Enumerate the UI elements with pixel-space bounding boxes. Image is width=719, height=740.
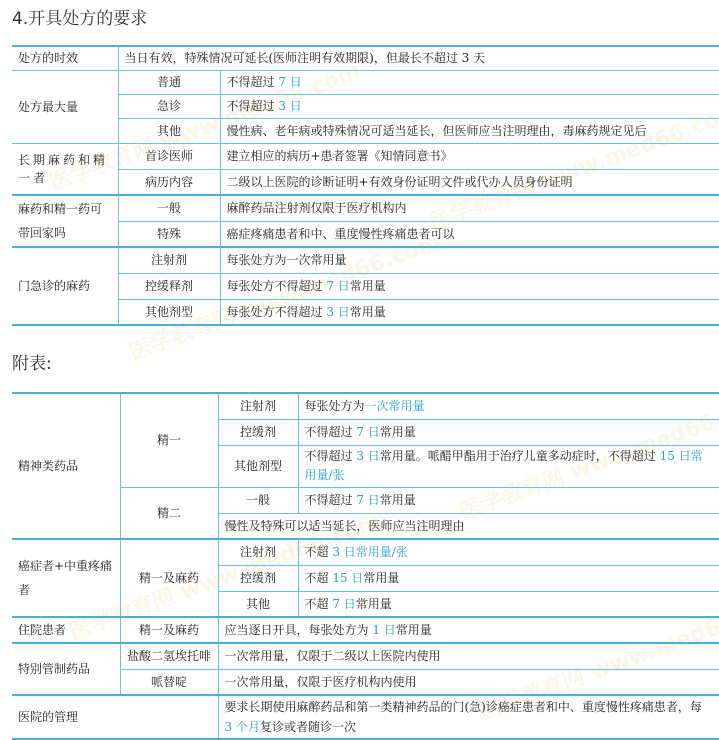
row-label: 麻药和精一药可带回家吗 [12,195,118,247]
cell-text: 不超 3 日常用量/张 [298,539,719,565]
cell-text: 建立相应的病历+患者签署《知情同意书》 [220,143,719,169]
cell-text: 每张处方不得超过 7 日常用量 [220,273,719,299]
cell-text: 慢性病、老年病或特殊情况可适当延长，但医师应当注明理由，毒麻药规定见后 [220,118,719,143]
table-row: 处方最大量 普通 不得超过 7 日 [12,70,719,94]
row-label: 医院的管理 [12,695,218,739]
sub-label: 普通 [118,70,220,94]
form-label: 控缓剂 [218,565,298,591]
form-label: 一般 [218,487,298,513]
table-row: 急诊 不得超过 3 日 [12,94,719,118]
table-row: 门急诊的麻药 注射剂 每张处方为一次常用量 [12,247,719,273]
sub-label: 病历内容 [118,169,220,195]
cell-text: 一次常用量，仅限于医疗机构内使用 [218,669,719,695]
appendix-table: 精神类药品 精一 注射剂 每张处方为一次常用量 控缓剂 不得超过 7 日常用量 … [12,392,719,740]
table-row: 控缓释剂 每张处方不得超过 7 日常用量 [12,273,719,299]
table-row: 病历内容 二级以上医院的诊断证明+有效身份证明文件或代办人员身份证明 [12,169,719,195]
cell-text: 不得超过 7 日 [220,70,719,94]
form-label: 其他剂型 [218,445,298,487]
cell-text: 不得超过 3 日 [220,94,719,118]
row-label: 住院患者 [12,617,120,643]
cell-text: 要求长期使用麻醉药品和第一类精神药品的门(急)诊癌症患者和中、重度慢性疼痛患者，… [218,695,719,739]
sub-label: 注射剂 [118,247,220,273]
table-row: 长期麻药和精一者 首诊医师 建立相应的病历+患者签署《知情同意书》 [12,143,719,169]
sub-label: 精一及麻药 [120,617,218,643]
cell-text: 当日有效，特殊情况可延长(医师注明有效期限)，但最长不超过 3 天 [118,46,719,70]
form-label: 注射剂 [218,393,298,419]
table-row: 其他 慢性病、老年病或特殊情况可适当延长，但医师应当注明理由，毒麻药规定见后 [12,118,719,143]
cell-text: 不得超过 7 日常用量 [298,487,719,513]
sub-label: 精二 [120,487,218,539]
form-label: 控缓剂 [218,419,298,445]
section-title: 4.开具处方的要求 [12,4,147,29]
prescription-requirements-table: 处方的时效 当日有效，特殊情况可延长(医师注明有效期限)，但最长不超过 3 天 … [12,45,719,326]
cell-text: 慢性及特殊可以适当延长，医师应当注明理由 [218,513,719,539]
sub-label: 哌替啶 [120,669,218,695]
cell-text: 二级以上医院的诊断证明+有效身份证明文件或代办人员身份证明 [220,169,719,195]
cell-text: 应当逐日开具，每张处方为 1 日常用量 [218,617,719,643]
row-label: 精神类药品 [12,393,120,539]
row-label: 癌症者+中重疼痛者 [12,539,120,617]
cell-text: 不得超过 7 日常用量 [298,419,719,445]
sub-label: 一般 [118,195,220,221]
sub-label: 盐酸二氢埃托啡 [120,643,218,669]
table-row: 癌症者+中重疼痛者 精一及麻药 注射剂 不超 3 日常用量/张 [12,539,719,565]
table-row: 麻药和精一药可带回家吗 一般 麻醉药品注射剂仅限于医疗机构内 [12,195,719,221]
table-row: 医院的管理 要求长期使用麻醉药品和第一类精神药品的门(急)诊癌症患者和中、重度慢… [12,695,719,739]
cell-text: 癌症疼痛患者和中、重度慢性疼痛患者可以 [220,221,719,247]
sub-label: 其他 [118,118,220,143]
row-label: 长期麻药和精一者 [12,143,118,195]
sub-label: 急诊 [118,94,220,118]
table-row: 精神类药品 精一 注射剂 每张处方为一次常用量 [12,393,719,419]
cell-text: 一次常用量，仅限于二级以上医院内使用 [218,643,719,669]
appendix-title: 附表: [12,349,52,374]
cell-text: 不超 7 日常用量 [298,591,719,617]
table-row: 其他剂型 每张处方不得超过 3 日常用量 [12,299,719,325]
sub-label: 精一 [120,393,218,487]
table-row: 住院患者 精一及麻药 应当逐日开具，每张处方为 1 日常用量 [12,617,719,643]
row-label: 处方的时效 [12,46,118,70]
table-row: 特别管制药品 盐酸二氢埃托啡 一次常用量，仅限于二级以上医院内使用 [12,643,719,669]
table-row: 特殊 癌症疼痛患者和中、重度慢性疼痛患者可以 [12,221,719,247]
form-label: 注射剂 [218,539,298,565]
cell-text: 不超 15 日常用量 [298,565,719,591]
row-label: 门急诊的麻药 [12,247,118,325]
sub-label: 首诊医师 [118,143,220,169]
sub-label: 控缓释剂 [118,273,220,299]
table-row: 处方的时效 当日有效，特殊情况可延长(医师注明有效期限)，但最长不超过 3 天 [12,46,719,70]
cell-text: 每张处方为一次常用量 [298,393,719,419]
form-label: 其他 [218,591,298,617]
row-label: 特别管制药品 [12,643,120,695]
sub-label: 精一及麻药 [120,539,218,617]
cell-text: 每张处方为一次常用量 [220,247,719,273]
row-label: 处方最大量 [12,70,118,143]
sub-label: 特殊 [118,221,220,247]
sub-label: 其他剂型 [118,299,220,325]
cell-text: 麻醉药品注射剂仅限于医疗机构内 [220,195,719,221]
cell-text: 不得超过 3 日常用量。哌醋甲酯用于治疗儿童多动症时，不得超过 15 日常用量/… [298,445,719,487]
cell-text: 每张处方不得超过 3 日常用量 [220,299,719,325]
